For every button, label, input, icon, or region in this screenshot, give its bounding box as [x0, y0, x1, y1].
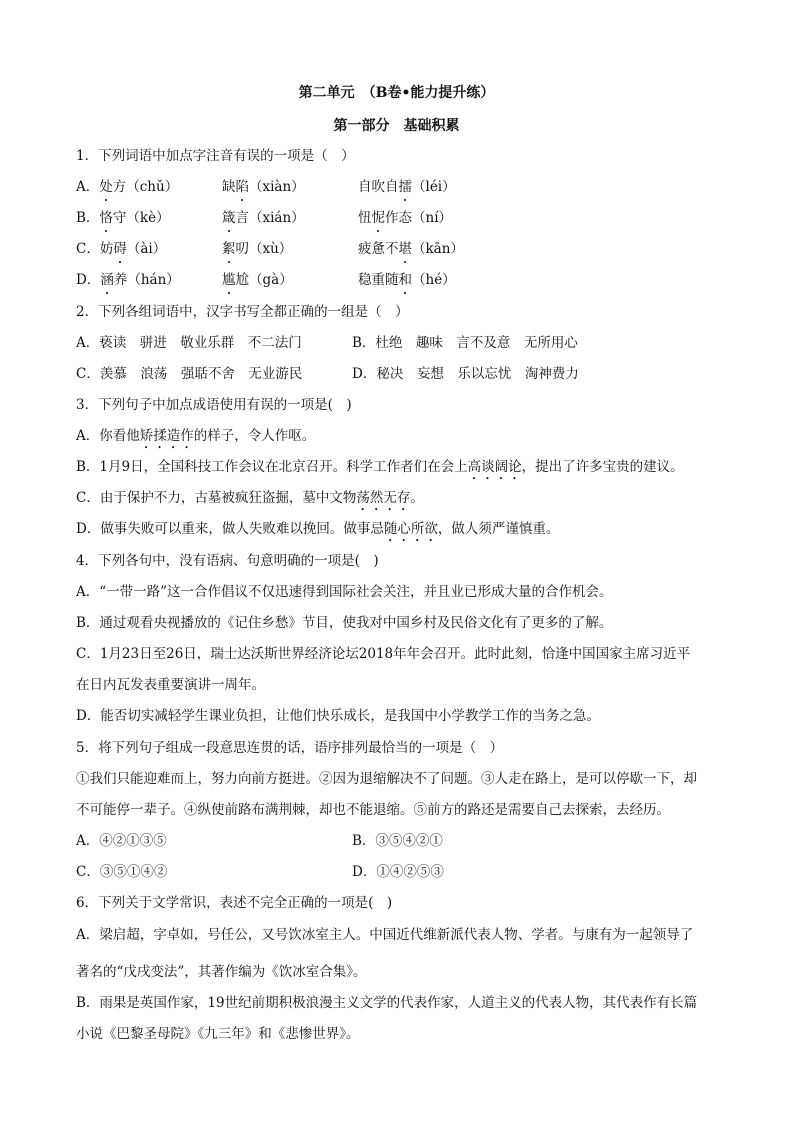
word-text: 忸	[358, 210, 372, 226]
option-label: A．	[76, 833, 99, 849]
option-text: 通过观看央视播放的《记住乡愁》节目，使我对中国乡村及民俗文化有了更多的了解。	[99, 615, 612, 631]
option-text: 做事失败可以重来，做人失败难以挽回。做事忌	[100, 521, 384, 537]
option-label: D．	[76, 272, 100, 288]
question-5-option-a: A．④②①③⑤	[76, 831, 167, 851]
option-text: 。	[410, 490, 424, 506]
option-label: A．	[76, 927, 99, 943]
question-5-passage-line-2: 不可能停一辈子。④纵使前路布满荆棘，却也不能退缩。⑤前方的路还是需要自己去探索，…	[76, 800, 670, 820]
emphasized-idiom: 随心所欲	[384, 521, 438, 537]
question-5-option-d: D．①④②⑤③	[352, 862, 444, 882]
dotted-character: 恪	[99, 208, 113, 228]
option-label: D．	[352, 366, 376, 382]
dotted-character: 尴	[222, 270, 236, 290]
question-5-stem: 5．将下列句子组成一段意思连贯的话，语序排列最恰当的一项是（ ）	[76, 738, 503, 758]
emphasized-idiom: 高谈阔论	[468, 459, 522, 475]
word-text: 言（xián）	[236, 210, 305, 226]
option-label: A．	[76, 428, 99, 444]
word-text: 妨	[100, 241, 114, 257]
option-text: 亵读 骈进 敬业乐群 不二法门	[99, 335, 302, 351]
word-text: 守（kè）	[113, 210, 170, 226]
question-2-option-a: A．亵读 骈进 敬业乐群 不二法门	[76, 333, 302, 353]
question-6-option-a-continued: 著名的“戊戌变法”，其著作编为《饮冰室合集》。	[76, 962, 367, 982]
word-text: 作态（ní）	[385, 210, 452, 226]
question-1-word: 自吹自擂（léi）	[358, 177, 456, 197]
question-3-option-d: D．做事失败可以重来，做人失败难以挽回。做事忌随心所欲，做人须严谨慎重。	[76, 519, 559, 545]
option-text: ，提出了许多宝贵的建议。	[522, 459, 684, 475]
option-text: 雨果是英国作家，19世纪前期积极浪漫主义文学的代表作家，人道主义的代表人物，其代…	[99, 995, 697, 1011]
question-1-word: 箴言（xián）	[222, 208, 305, 228]
option-text: 羡慕 浪荡 强聒不舍 无业游民	[100, 366, 303, 382]
word-text: 自吹自	[358, 179, 399, 195]
option-label: B．	[76, 615, 99, 631]
emphasized-idiom: 荡然无存	[356, 490, 410, 506]
option-text: ④②①③⑤	[99, 833, 167, 849]
option-label: B．	[352, 335, 375, 351]
dotted-character: 陷	[236, 177, 250, 197]
question-1-word: 絮叨（xù）	[222, 239, 292, 259]
option-label: C．	[76, 490, 100, 506]
question-6-option-a: A．梁启超，字卓如，号任公，又号饮冰室主人。中国近代维新派代表人物、学者。与康有…	[76, 925, 693, 945]
option-label: B．	[76, 459, 99, 475]
dotted-character: 涵	[100, 270, 114, 290]
question-4-option-c-continued: 在日内瓦发表重要演讲一周年。	[76, 675, 265, 695]
option-text: 你看他	[99, 428, 140, 444]
option-text: 能否切实减轻学生课业负担，让他们快乐成长，是我国中小学教学工作的当务之急。	[100, 708, 600, 724]
option-text: 由于保护不力，古墓被疯狂盗掘，墓中文物	[100, 490, 357, 506]
question-4-option-a: A．“一带一路”这一合作倡议不仅迅速得到国际社会关注，并且业已形成大量的合作机会…	[76, 582, 613, 602]
dotted-character: 堪	[399, 239, 413, 259]
option-text: 梁启超，字卓如，号任公，又号饮冰室主人。中国近代维新派代表人物、学者。与康有为一…	[99, 927, 693, 943]
emphasized-idiom: 矫揉造作	[140, 428, 194, 444]
option-text: “一带一路”这一合作倡议不仅迅速得到国际社会关注，并且业已形成大量的合作机会。	[99, 584, 612, 600]
question-5-option-b: B．③⑤④②①	[352, 831, 443, 851]
question-1-stem: 1．下列词语中加点字注音有误的一项是（ ）	[76, 146, 355, 166]
part-title: 第一部分 基础积累	[0, 115, 793, 135]
question-1-option-a: A．处方（chǔ）	[76, 177, 178, 197]
dotted-character: 和	[399, 270, 413, 290]
question-2-option-d: D．秘决 妄想 乐以忘忧 淘神费力	[352, 364, 579, 384]
option-label: B．	[76, 210, 99, 226]
dotted-character: 怩	[372, 208, 386, 228]
option-label: C．	[76, 646, 100, 662]
word-text: 疲惫不	[358, 241, 399, 257]
option-label: D．	[352, 864, 376, 880]
question-4-option-c: C．1月23日至26日，瑞士达沃斯世界经济论坛2018年年会召开。此时此刻，恰逢…	[76, 644, 690, 664]
option-text: 秘决 妄想 乐以忘忧 淘神费力	[376, 366, 579, 382]
question-5-option-c: C．③⑤①④②	[76, 862, 167, 882]
option-text: ①④②⑤③	[376, 864, 444, 880]
question-2-stem: 2．下列各组词语中，汉字书写全都正确的一组是（ ）	[76, 302, 409, 322]
word-text: （hé）	[412, 272, 456, 288]
option-label: C．	[76, 864, 100, 880]
option-label: B．	[352, 833, 375, 849]
question-3-stem: 3．下列句子中加点成语使用有误的一项是( )	[76, 395, 352, 415]
dotted-character: 擂	[399, 177, 413, 197]
word-text: 缺	[222, 179, 236, 195]
question-4-option-b: B．通过观看央视播放的《记住乡愁》节目，使我对中国乡村及民俗文化有了更多的了解。	[76, 613, 612, 633]
question-3-option-c: C．由于保护不力，古墓被疯狂盗掘，墓中文物荡然无存。	[76, 488, 424, 514]
question-6-option-b: B．雨果是英国作家，19世纪前期积极浪漫主义文学的代表作家，人道主义的代表人物，…	[76, 993, 697, 1013]
question-1-word: 忸怩作态（ní）	[358, 208, 452, 228]
option-text: 1月23日至26日，瑞士达沃斯世界经济论坛2018年年会召开。此时此刻，恰逢中国…	[100, 646, 690, 662]
question-4-option-d: D．能否切实减轻学生课业负担，让他们快乐成长，是我国中小学教学工作的当务之急。	[76, 706, 600, 726]
word-text: （léi）	[412, 179, 456, 195]
dotted-character: 絮	[222, 239, 236, 259]
option-text: 的样子，令人作呕。	[194, 428, 316, 444]
option-text: 1月9日，全国科技工作会议在北京召开。科学工作者们在会上	[99, 459, 467, 475]
dotted-character: 箴	[222, 208, 236, 228]
option-text: ③⑤①④②	[100, 864, 168, 880]
question-1-option-c: C．妨碍（ài）	[76, 239, 166, 259]
question-4-stem: 4．下列各句中，没有语病、句意明确的一项是( )	[76, 551, 379, 571]
unit-title: 第二单元 （B卷•能力提升练）	[0, 82, 793, 102]
question-1-word: 尴尬（gà）	[222, 270, 293, 290]
dotted-character: 碍	[113, 239, 127, 259]
option-label: C．	[76, 366, 100, 382]
word-text: 养（hán）	[114, 272, 180, 288]
dotted-character: 处	[99, 177, 113, 197]
question-3-option-b: B．1月9日，全国科技工作会议在北京召开。科学工作者们在会上高谈阔论，提出了许多…	[76, 457, 684, 483]
option-label: A．	[76, 179, 99, 195]
question-5-passage-line-1: ①我们只能迎难而上，努力向前方挺进。②因为退缩解决不了问题。③人走在路上，是可以…	[76, 769, 697, 789]
word-text: 方（chǔ）	[113, 179, 178, 195]
option-text: 杜绝 趣味 言不及意 无所用心	[375, 335, 578, 351]
document-page: 第二单元 （B卷•能力提升练） 第一部分 基础积累 1．下列词语中加点字注音有误…	[0, 0, 793, 1122]
option-label: D．	[76, 521, 100, 537]
question-2-option-b: B．杜绝 趣味 言不及意 无所用心	[352, 333, 578, 353]
question-1-word: 缺陷（xiàn）	[222, 177, 305, 197]
question-3-option-a: A．你看他矫揉造作的样子，令人作呕。	[76, 426, 315, 452]
word-text: 叨（xù）	[236, 241, 293, 257]
word-text: （kān）	[412, 241, 464, 257]
option-text: ，做人须严谨慎重。	[438, 521, 560, 537]
option-label: B．	[76, 995, 99, 1011]
option-label: A．	[76, 584, 99, 600]
word-text: 尬（gà）	[236, 272, 293, 288]
option-text: ③⑤④②①	[375, 833, 443, 849]
question-1-option-b: B．恪守（kè）	[76, 208, 170, 228]
question-1-option-d: D．涵养（hán）	[76, 270, 180, 290]
question-2-option-c: C．羡慕 浪荡 强聒不舍 无业游民	[76, 364, 302, 384]
option-label: C．	[76, 241, 100, 257]
question-1-word: 稳重随和（hé）	[358, 270, 456, 290]
question-1-word: 疲惫不堪（kān）	[358, 239, 464, 259]
option-label: A．	[76, 335, 99, 351]
word-text: （xiàn）	[249, 179, 305, 195]
word-text: （ài）	[127, 241, 166, 257]
word-text: 稳重随	[358, 272, 399, 288]
question-6-stem: 6．下列关于文学常识，表述不完全正确的一项是( )	[76, 893, 392, 913]
option-label: D．	[76, 708, 100, 724]
question-6-option-b-continued: 小说《巴黎圣母院》《九三年》和《悲惨世界》。	[76, 1024, 360, 1044]
